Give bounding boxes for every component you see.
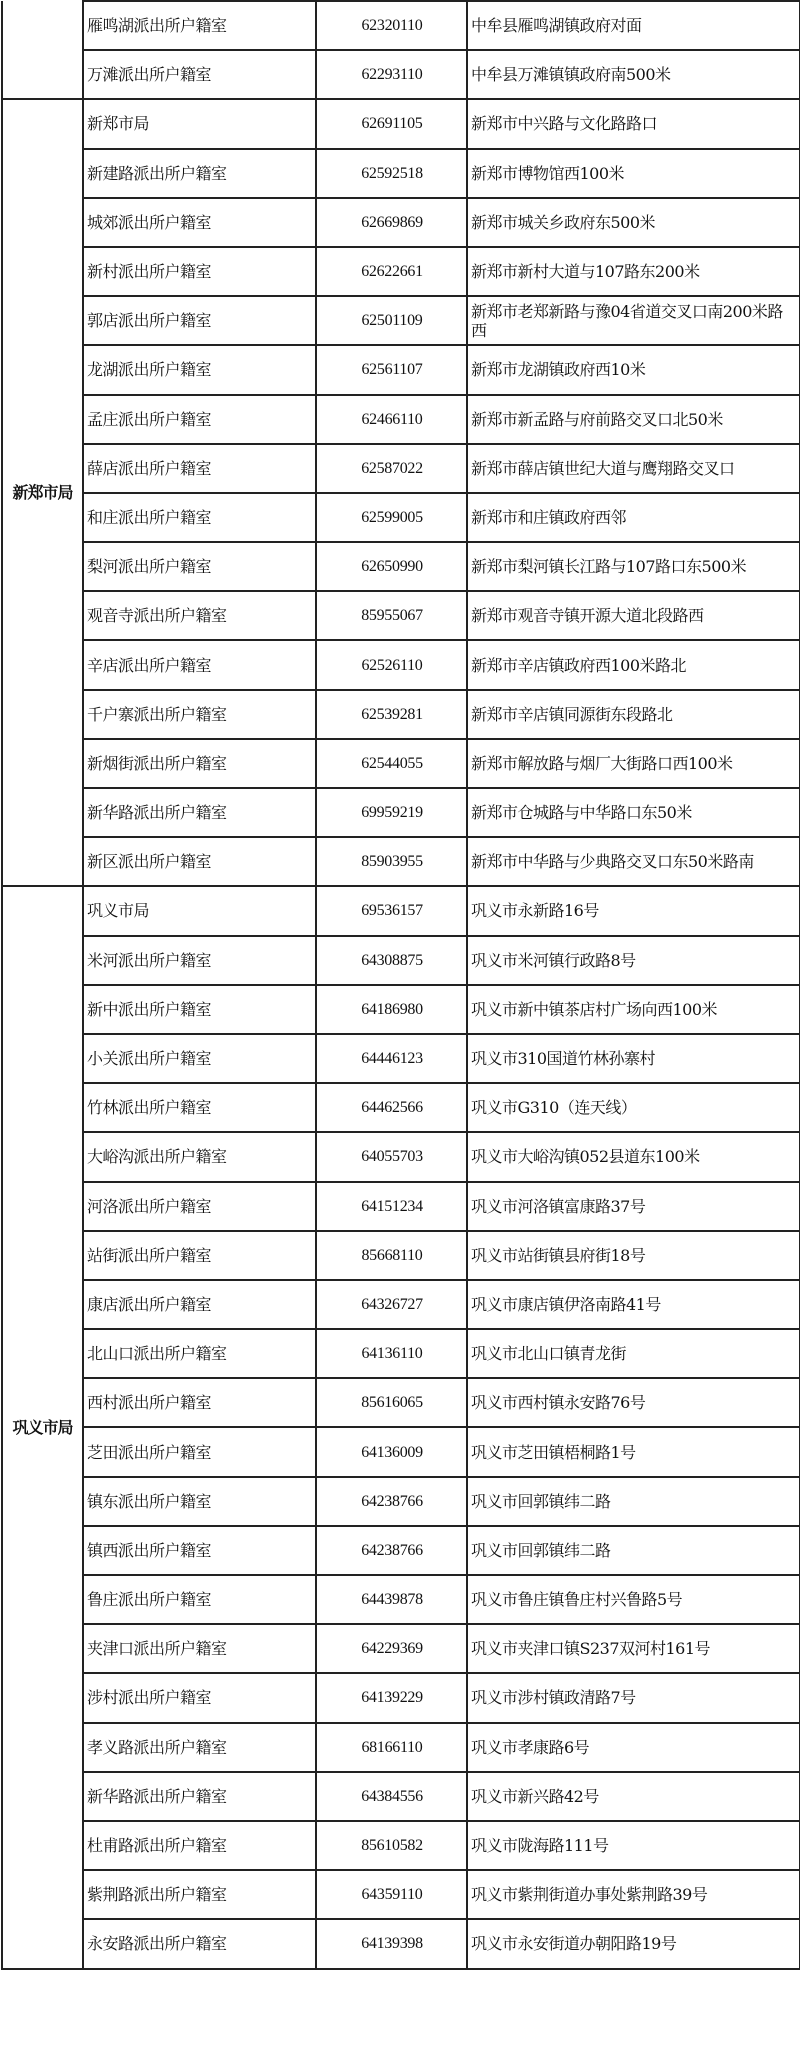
station-name-cell: 康店派出所户籍室: [83, 1280, 316, 1329]
phone-number-cell: 64229369: [316, 1624, 467, 1673]
group-label-cell: 巩义市局: [2, 886, 83, 1968]
station-name-cell: 永安路派出所户籍室: [83, 1919, 316, 1968]
station-name-cell: 镇东派出所户籍室: [83, 1477, 316, 1526]
phone-number-cell: 64139229: [316, 1673, 467, 1722]
address-cell: 新郑市观音寺镇开源大道北段路西: [467, 591, 800, 640]
address-cell: 巩义市涉村镇政清路7号: [467, 1673, 800, 1722]
address-cell: 新郑市解放路与烟厂大街路口西100米: [467, 739, 800, 788]
phone-number-cell: 85616065: [316, 1378, 467, 1427]
phone-number-cell: 62466110: [316, 395, 467, 444]
address-cell: 新郑市博物馆西100米: [467, 149, 800, 198]
station-name-cell: 大峪沟派出所户籍室: [83, 1132, 316, 1181]
station-name-cell: 雁鸣湖派出所户籍室: [83, 1, 316, 50]
table-row: 千户寨派出所户籍室62539281新郑市辛店镇同源街东段路北: [2, 690, 800, 739]
station-name-cell: 新区派出所户籍室: [83, 837, 316, 886]
address-cell: 巩义市孝康路6号: [467, 1723, 800, 1772]
address-cell: 新郑市龙湖镇政府西10米: [467, 345, 800, 394]
address-cell: 中牟县万滩镇镇政府南500米: [467, 50, 800, 99]
phone-number-cell: 62599005: [316, 493, 467, 542]
table-row: 夹津口派出所户籍室64229369巩义市夹津口镇S237双河村161号: [2, 1624, 800, 1673]
phone-number-cell: 85903955: [316, 837, 467, 886]
phone-number-cell: 64139398: [316, 1919, 467, 1968]
table-row: 米河派出所户籍室64308875巩义市米河镇行政路8号: [2, 936, 800, 985]
station-name-cell: 竹林派出所户籍室: [83, 1083, 316, 1132]
phone-number-cell: 64136009: [316, 1427, 467, 1476]
station-name-cell: 米河派出所户籍室: [83, 936, 316, 985]
station-name-cell: 北山口派出所户籍室: [83, 1329, 316, 1378]
phone-number-cell: 64359110: [316, 1870, 467, 1919]
address-cell: 新郑市薛店镇世纪大道与鹰翔路交叉口: [467, 444, 800, 493]
station-name-cell: 梨河派出所户籍室: [83, 542, 316, 591]
phone-number-cell: 64186980: [316, 985, 467, 1034]
table-row: 竹林派出所户籍室64462566巩义市G310（连天线）: [2, 1083, 800, 1132]
table-row: 大峪沟派出所户籍室64055703巩义市大峪沟镇052县道东100米: [2, 1132, 800, 1181]
address-cell: 中牟县雁鸣湖镇政府对面: [467, 1, 800, 50]
address-cell: 新郑市梨河镇长江路与107路口东500米: [467, 542, 800, 591]
table-row: 郭店派出所户籍室62501109新郑市老郑新路与豫04省道交叉口南200米路西: [2, 296, 800, 345]
phone-number-cell: 64326727: [316, 1280, 467, 1329]
household-registry-table: 雁鸣湖派出所户籍室62320110中牟县雁鸣湖镇政府对面万滩派出所户籍室6229…: [1, 0, 800, 1970]
address-cell: 巩义市西村镇永安路76号: [467, 1378, 800, 1427]
station-name-cell: 新郑市局: [83, 99, 316, 148]
address-cell: 巩义市回郭镇纬二路: [467, 1477, 800, 1526]
table-row: 镇西派出所户籍室64238766巩义市回郭镇纬二路: [2, 1526, 800, 1575]
table-row: 孟庄派出所户籍室62466110新郑市新孟路与府前路交叉口北50米: [2, 395, 800, 444]
table-row: 新区派出所户籍室85903955新郑市中华路与少典路交叉口东50米路南: [2, 837, 800, 886]
address-cell: 巩义市永新路16号: [467, 886, 800, 935]
phone-number-cell: 62592518: [316, 149, 467, 198]
station-name-cell: 紫荆路派出所户籍室: [83, 1870, 316, 1919]
station-name-cell: 河洛派出所户籍室: [83, 1182, 316, 1231]
address-cell: 新郑市新村大道与107路东200米: [467, 247, 800, 296]
group-label-cell: [2, 1, 83, 99]
station-name-cell: 新华路派出所户籍室: [83, 1772, 316, 1821]
phone-number-cell: 64055703: [316, 1132, 467, 1181]
phone-number-cell: 69536157: [316, 886, 467, 935]
address-cell: 巩义市米河镇行政路8号: [467, 936, 800, 985]
table-row: 观音寺派出所户籍室85955067新郑市观音寺镇开源大道北段路西: [2, 591, 800, 640]
phone-number-cell: 64446123: [316, 1034, 467, 1083]
station-name-cell: 辛店派出所户籍室: [83, 640, 316, 689]
address-cell: 新郑市中华路与少典路交叉口东50米路南: [467, 837, 800, 886]
address-cell: 新郑市新孟路与府前路交叉口北50米: [467, 395, 800, 444]
table-row: 康店派出所户籍室64326727巩义市康店镇伊洛南路41号: [2, 1280, 800, 1329]
station-name-cell: 芝田派出所户籍室: [83, 1427, 316, 1476]
station-name-cell: 新华路派出所户籍室: [83, 788, 316, 837]
table-row: 紫荆路派出所户籍室64359110巩义市紫荆街道办事处紫荆路39号: [2, 1870, 800, 1919]
table-row: 北山口派出所户籍室64136110巩义市北山口镇青龙街: [2, 1329, 800, 1378]
station-name-cell: 镇西派出所户籍室: [83, 1526, 316, 1575]
registry-document: 雁鸣湖派出所户籍室62320110中牟县雁鸣湖镇政府对面万滩派出所户籍室6229…: [1, 0, 799, 1970]
table-row: 涉村派出所户籍室64139229巩义市涉村镇政清路7号: [2, 1673, 800, 1722]
table-row: 芝田派出所户籍室64136009巩义市芝田镇梧桐路1号: [2, 1427, 800, 1476]
address-cell: 巩义市新中镇茶店村广场向西100米: [467, 985, 800, 1034]
table-row: 新郑市局新郑市局62691105新郑市中兴路与文化路路口: [2, 99, 800, 148]
address-cell: 巩义市新兴路42号: [467, 1772, 800, 1821]
table-row: 新烟街派出所户籍室62544055新郑市解放路与烟厂大街路口西100米: [2, 739, 800, 788]
table-row: 杜甫路派出所户籍室85610582巩义市陇海路111号: [2, 1821, 800, 1870]
phone-number-cell: 64136110: [316, 1329, 467, 1378]
station-name-cell: 孟庄派出所户籍室: [83, 395, 316, 444]
phone-number-cell: 62561107: [316, 345, 467, 394]
phone-number-cell: 62293110: [316, 50, 467, 99]
table-row: 新中派出所户籍室64186980巩义市新中镇茶店村广场向西100米: [2, 985, 800, 1034]
station-name-cell: 薛店派出所户籍室: [83, 444, 316, 493]
table-row: 小关派出所户籍室64446123巩义市310国道竹林孙寨村: [2, 1034, 800, 1083]
address-cell: 新郑市中兴路与文化路路口: [467, 99, 800, 148]
address-cell: 新郑市和庄镇政府西邻: [467, 493, 800, 542]
station-name-cell: 郭店派出所户籍室: [83, 296, 316, 345]
table-row: 新建路派出所户籍室62592518新郑市博物馆西100米: [2, 149, 800, 198]
address-cell: 巩义市鲁庄镇鲁庄村兴鲁路5号: [467, 1575, 800, 1624]
address-cell: 巩义市310国道竹林孙寨村: [467, 1034, 800, 1083]
station-name-cell: 千户寨派出所户籍室: [83, 690, 316, 739]
address-cell: 巩义市陇海路111号: [467, 1821, 800, 1870]
table-body: 雁鸣湖派出所户籍室62320110中牟县雁鸣湖镇政府对面万滩派出所户籍室6229…: [2, 1, 800, 1969]
table-row: 永安路派出所户籍室64139398巩义市永安街道办朝阳路19号: [2, 1919, 800, 1968]
phone-number-cell: 62622661: [316, 247, 467, 296]
address-cell: 巩义市北山口镇青龙街: [467, 1329, 800, 1378]
phone-number-cell: 62526110: [316, 640, 467, 689]
address-cell: 巩义市站街镇县府街18号: [467, 1231, 800, 1280]
phone-number-cell: 85668110: [316, 1231, 467, 1280]
address-cell: 巩义市永安街道办朝阳路19号: [467, 1919, 800, 1968]
phone-number-cell: 62320110: [316, 1, 467, 50]
address-cell: 新郑市仓城路与中华路口东50米: [467, 788, 800, 837]
phone-number-cell: 64238766: [316, 1526, 467, 1575]
table-row: 新村派出所户籍室62622661新郑市新村大道与107路东200米: [2, 247, 800, 296]
station-name-cell: 杜甫路派出所户籍室: [83, 1821, 316, 1870]
table-row: 巩义市局巩义市局69536157巩义市永新路16号: [2, 886, 800, 935]
station-name-cell: 新烟街派出所户籍室: [83, 739, 316, 788]
phone-number-cell: 85610582: [316, 1821, 467, 1870]
phone-number-cell: 64308875: [316, 936, 467, 985]
address-cell: 巩义市G310（连天线）: [467, 1083, 800, 1132]
table-row: 新华路派出所户籍室64384556巩义市新兴路42号: [2, 1772, 800, 1821]
address-cell: 巩义市河洛镇富康路37号: [467, 1182, 800, 1231]
phone-number-cell: 62587022: [316, 444, 467, 493]
address-cell: 巩义市紫荆街道办事处紫荆路39号: [467, 1870, 800, 1919]
station-name-cell: 夹津口派出所户籍室: [83, 1624, 316, 1673]
station-name-cell: 站街派出所户籍室: [83, 1231, 316, 1280]
phone-number-cell: 85955067: [316, 591, 467, 640]
phone-number-cell: 64439878: [316, 1575, 467, 1624]
address-cell: 新郑市辛店镇同源街东段路北: [467, 690, 800, 739]
phone-number-cell: 68166110: [316, 1723, 467, 1772]
station-name-cell: 万滩派出所户籍室: [83, 50, 316, 99]
table-row: 新华路派出所户籍室69959219新郑市仓城路与中华路口东50米: [2, 788, 800, 837]
station-name-cell: 西村派出所户籍室: [83, 1378, 316, 1427]
station-name-cell: 观音寺派出所户籍室: [83, 591, 316, 640]
address-cell: 巩义市大峪沟镇052县道东100米: [467, 1132, 800, 1181]
address-cell: 新郑市辛店镇政府西100米路北: [467, 640, 800, 689]
phone-number-cell: 62544055: [316, 739, 467, 788]
phone-number-cell: 62691105: [316, 99, 467, 148]
table-row: 镇东派出所户籍室64238766巩义市回郭镇纬二路: [2, 1477, 800, 1526]
group-label-cell: 新郑市局: [2, 99, 83, 886]
station-name-cell: 城郊派出所户籍室: [83, 198, 316, 247]
phone-number-cell: 62539281: [316, 690, 467, 739]
table-row: 西村派出所户籍室85616065巩义市西村镇永安路76号: [2, 1378, 800, 1427]
table-row: 龙湖派出所户籍室62561107新郑市龙湖镇政府西10米: [2, 345, 800, 394]
station-name-cell: 鲁庄派出所户籍室: [83, 1575, 316, 1624]
table-row: 辛店派出所户籍室62526110新郑市辛店镇政府西100米路北: [2, 640, 800, 689]
station-name-cell: 涉村派出所户籍室: [83, 1673, 316, 1722]
table-row: 雁鸣湖派出所户籍室62320110中牟县雁鸣湖镇政府对面: [2, 1, 800, 50]
station-name-cell: 小关派出所户籍室: [83, 1034, 316, 1083]
phone-number-cell: 62669869: [316, 198, 467, 247]
table-row: 鲁庄派出所户籍室64439878巩义市鲁庄镇鲁庄村兴鲁路5号: [2, 1575, 800, 1624]
table-row: 梨河派出所户籍室62650990新郑市梨河镇长江路与107路口东500米: [2, 542, 800, 591]
address-cell: 新郑市老郑新路与豫04省道交叉口南200米路西: [467, 296, 800, 345]
phone-number-cell: 62501109: [316, 296, 467, 345]
table-row: 河洛派出所户籍室64151234巩义市河洛镇富康路37号: [2, 1182, 800, 1231]
phone-number-cell: 64238766: [316, 1477, 467, 1526]
table-row: 站街派出所户籍室85668110巩义市站街镇县府街18号: [2, 1231, 800, 1280]
table-row: 和庄派出所户籍室62599005新郑市和庄镇政府西邻: [2, 493, 800, 542]
address-cell: 巩义市芝田镇梧桐路1号: [467, 1427, 800, 1476]
phone-number-cell: 62650990: [316, 542, 467, 591]
table-row: 孝义路派出所户籍室68166110巩义市孝康路6号: [2, 1723, 800, 1772]
station-name-cell: 龙湖派出所户籍室: [83, 345, 316, 394]
phone-number-cell: 64151234: [316, 1182, 467, 1231]
address-cell: 新郑市城关乡政府东500米: [467, 198, 800, 247]
station-name-cell: 新中派出所户籍室: [83, 985, 316, 1034]
phone-number-cell: 69959219: [316, 788, 467, 837]
station-name-cell: 孝义路派出所户籍室: [83, 1723, 316, 1772]
address-cell: 巩义市夹津口镇S237双河村161号: [467, 1624, 800, 1673]
address-cell: 巩义市康店镇伊洛南路41号: [467, 1280, 800, 1329]
phone-number-cell: 64462566: [316, 1083, 467, 1132]
phone-number-cell: 64384556: [316, 1772, 467, 1821]
station-name-cell: 新村派出所户籍室: [83, 247, 316, 296]
address-cell: 巩义市回郭镇纬二路: [467, 1526, 800, 1575]
station-name-cell: 巩义市局: [83, 886, 316, 935]
table-row: 薛店派出所户籍室62587022新郑市薛店镇世纪大道与鹰翔路交叉口: [2, 444, 800, 493]
station-name-cell: 新建路派出所户籍室: [83, 149, 316, 198]
table-row: 万滩派出所户籍室62293110中牟县万滩镇镇政府南500米: [2, 50, 800, 99]
station-name-cell: 和庄派出所户籍室: [83, 493, 316, 542]
table-row: 城郊派出所户籍室62669869新郑市城关乡政府东500米: [2, 198, 800, 247]
